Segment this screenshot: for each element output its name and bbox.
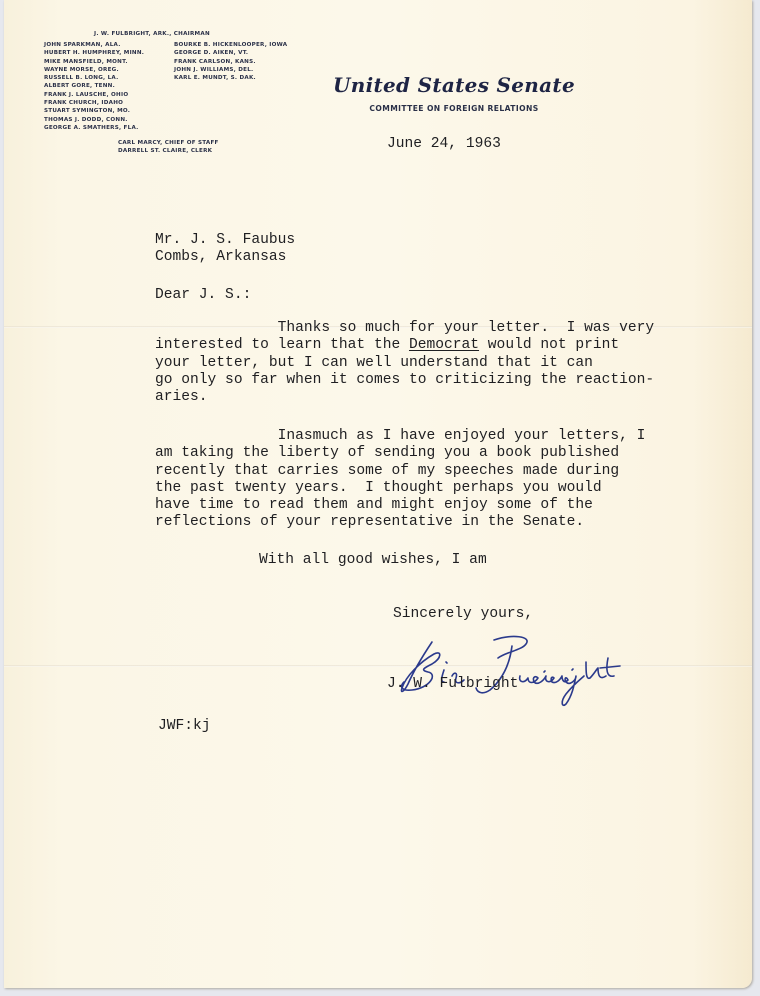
letter-date: June 24, 1963: [387, 136, 501, 153]
paragraph-1: Thanks so much for your letter. I was ve…: [155, 320, 654, 406]
line: your letter, but I can well understand t…: [155, 355, 593, 371]
letterhead-chairman: J. W. FULBRIGHT, ARK., CHAIRMAN: [94, 30, 210, 38]
member: FRANK CARLSON, KANS.: [174, 58, 287, 66]
line: Inasmuch as I have enjoyed your letters,…: [155, 428, 645, 444]
letterhead-staff: CARL MARCY, CHIEF OF STAFF DARRELL ST. C…: [118, 139, 219, 156]
member: RUSSELL B. LONG, LA.: [44, 74, 144, 82]
line: would not print: [479, 337, 619, 353]
member: GEORGE D. AIKEN, VT.: [174, 49, 287, 57]
member: THOMAS J. DODD, CONN.: [44, 116, 144, 124]
member: WAYNE MORSE, OREG.: [44, 66, 144, 74]
member: KARL E. MUNDT, S. DAK.: [174, 74, 287, 82]
line: Thanks so much for your letter. I was ve…: [155, 320, 654, 336]
member: JOHN J. WILLIAMS, DEL.: [174, 66, 287, 74]
staff-member: DARRELL ST. CLAIRE, CLERK: [118, 147, 219, 155]
member: ALBERT GORE, TENN.: [44, 82, 144, 90]
senate-title: United States Senate: [329, 73, 579, 97]
handwritten-signature: [394, 632, 664, 707]
line: reflections of your representative in th…: [155, 514, 584, 530]
member: GEORGE A. SMATHERS, FLA.: [44, 124, 144, 132]
member: FRANK CHURCH, IDAHO: [44, 99, 144, 107]
line: go only so far when it comes to criticiz…: [155, 372, 654, 388]
recipient-name: Mr. J. S. Faubus: [155, 232, 295, 248]
line: recently that carries some of my speeche…: [155, 463, 619, 479]
line: have time to read them and might enjoy s…: [155, 497, 593, 513]
paragraph-2: Inasmuch as I have enjoyed your letters,…: [155, 428, 645, 532]
recipient-address: Mr. J. S. Faubus Combs, Arkansas: [155, 232, 295, 267]
staff-member: CARL MARCY, CHIEF OF STAFF: [118, 139, 219, 147]
committee-name: COMMITTEE ON FOREIGN RELATIONS: [329, 104, 579, 113]
reference-initials: JWF:kj: [158, 718, 211, 735]
closing-wishes: With all good wishes, I am: [259, 552, 487, 569]
letter-page: J. W. FULBRIGHT, ARK., CHAIRMAN JOHN SPA…: [4, 0, 752, 988]
line: the past twenty years. I thought perhaps…: [155, 480, 602, 496]
member: FRANK J. LAUSCHE, OHIO: [44, 91, 144, 99]
line: interested to learn that the: [155, 337, 409, 353]
letterhead-members-left: JOHN SPARKMAN, ALA. HUBERT H. HUMPHREY, …: [44, 41, 144, 132]
member: JOHN SPARKMAN, ALA.: [44, 41, 144, 49]
salutation: Dear J. S.:: [155, 287, 251, 304]
line: am taking the liberty of sending you a b…: [155, 445, 619, 461]
member: MIKE MANSFIELD, MONT.: [44, 58, 144, 66]
complimentary-close: Sincerely yours,: [393, 606, 533, 623]
newspaper-name: Democrat: [409, 337, 479, 353]
member: BOURKE B. HICKENLOOPER, IOWA: [174, 41, 287, 49]
member: STUART SYMINGTON, MO.: [44, 107, 144, 115]
signer-name: J. W. Fulbright: [387, 676, 518, 693]
member: HUBERT H. HUMPHREY, MINN.: [44, 49, 144, 57]
letterhead-members-right: BOURKE B. HICKENLOOPER, IOWA GEORGE D. A…: [174, 41, 287, 82]
recipient-location: Combs, Arkansas: [155, 249, 286, 265]
line: aries.: [155, 389, 208, 405]
